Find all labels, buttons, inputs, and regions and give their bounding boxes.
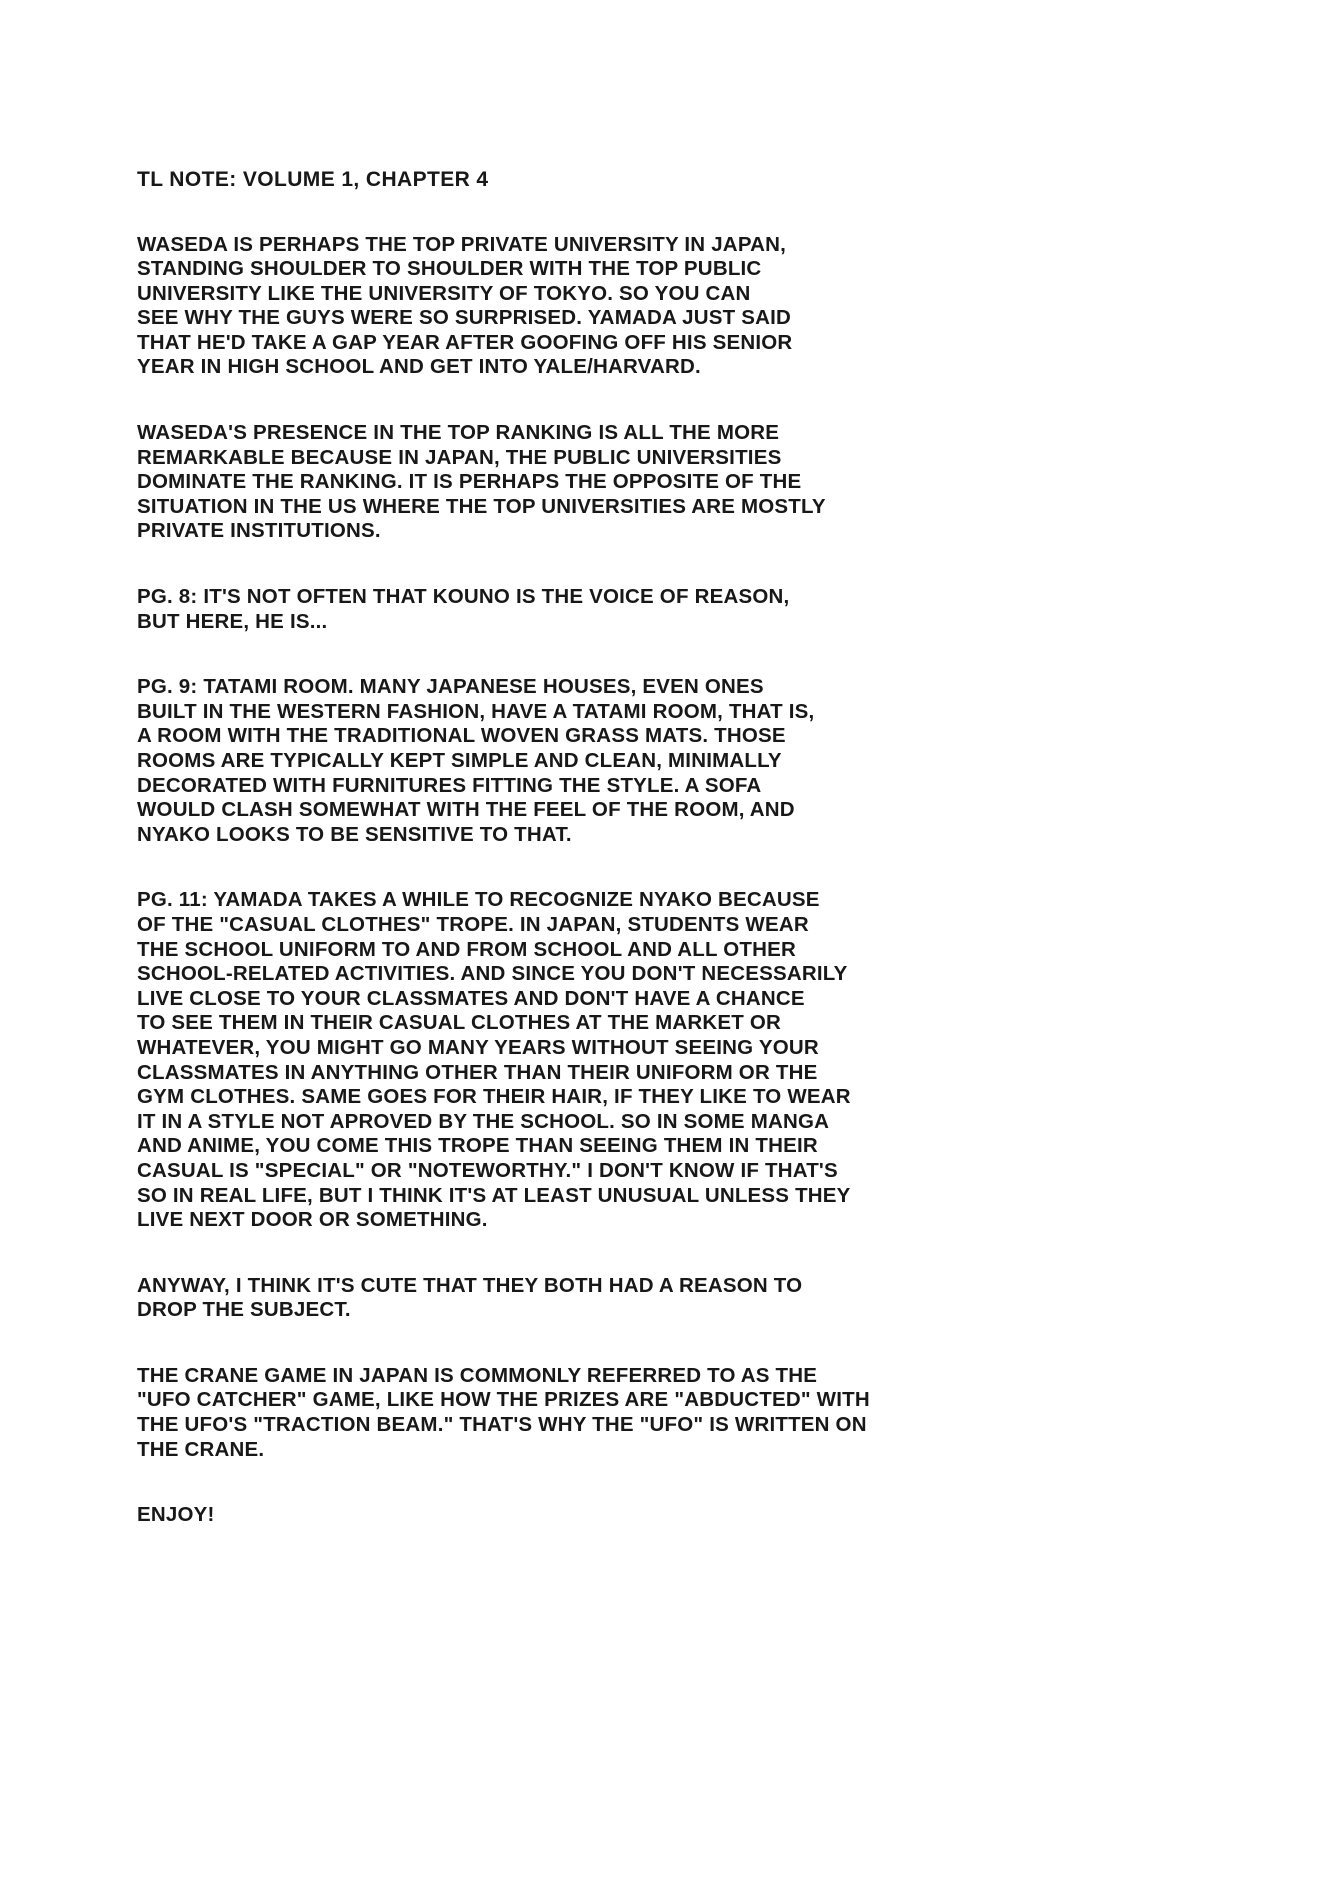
paragraph-pg8: PG. 8: IT'S NOT OFTEN THAT KOUNO IS THE … <box>137 585 1157 634</box>
paragraph-anyway: ANYWAY, I THINK IT'S CUTE THAT THEY BOTH… <box>137 1274 1157 1323</box>
paragraph-waseda-ranking: WASEDA'S PRESENCE IN THE TOP RANKING IS … <box>137 421 1157 544</box>
paragraph-enjoy: ENJOY! <box>137 1503 1157 1528</box>
paragraph-crane-game: THE CRANE GAME IN JAPAN IS COMMONLY REFE… <box>137 1364 1157 1462</box>
tl-note-page: TL NOTE: VOLUME 1, CHAPTER 4 WASEDA IS P… <box>137 168 1157 1528</box>
paragraph-pg9-tatami: PG. 9: TATAMI ROOM. MANY JAPANESE HOUSES… <box>137 675 1157 847</box>
tl-note-title: TL NOTE: VOLUME 1, CHAPTER 4 <box>137 168 1157 193</box>
paragraph-waseda-intro: WASEDA IS PERHAPS THE TOP PRIVATE UNIVER… <box>137 233 1157 381</box>
paragraph-pg11-casual-clothes: PG. 11: YAMADA TAKES A WHILE TO RECOGNIZ… <box>137 888 1157 1232</box>
